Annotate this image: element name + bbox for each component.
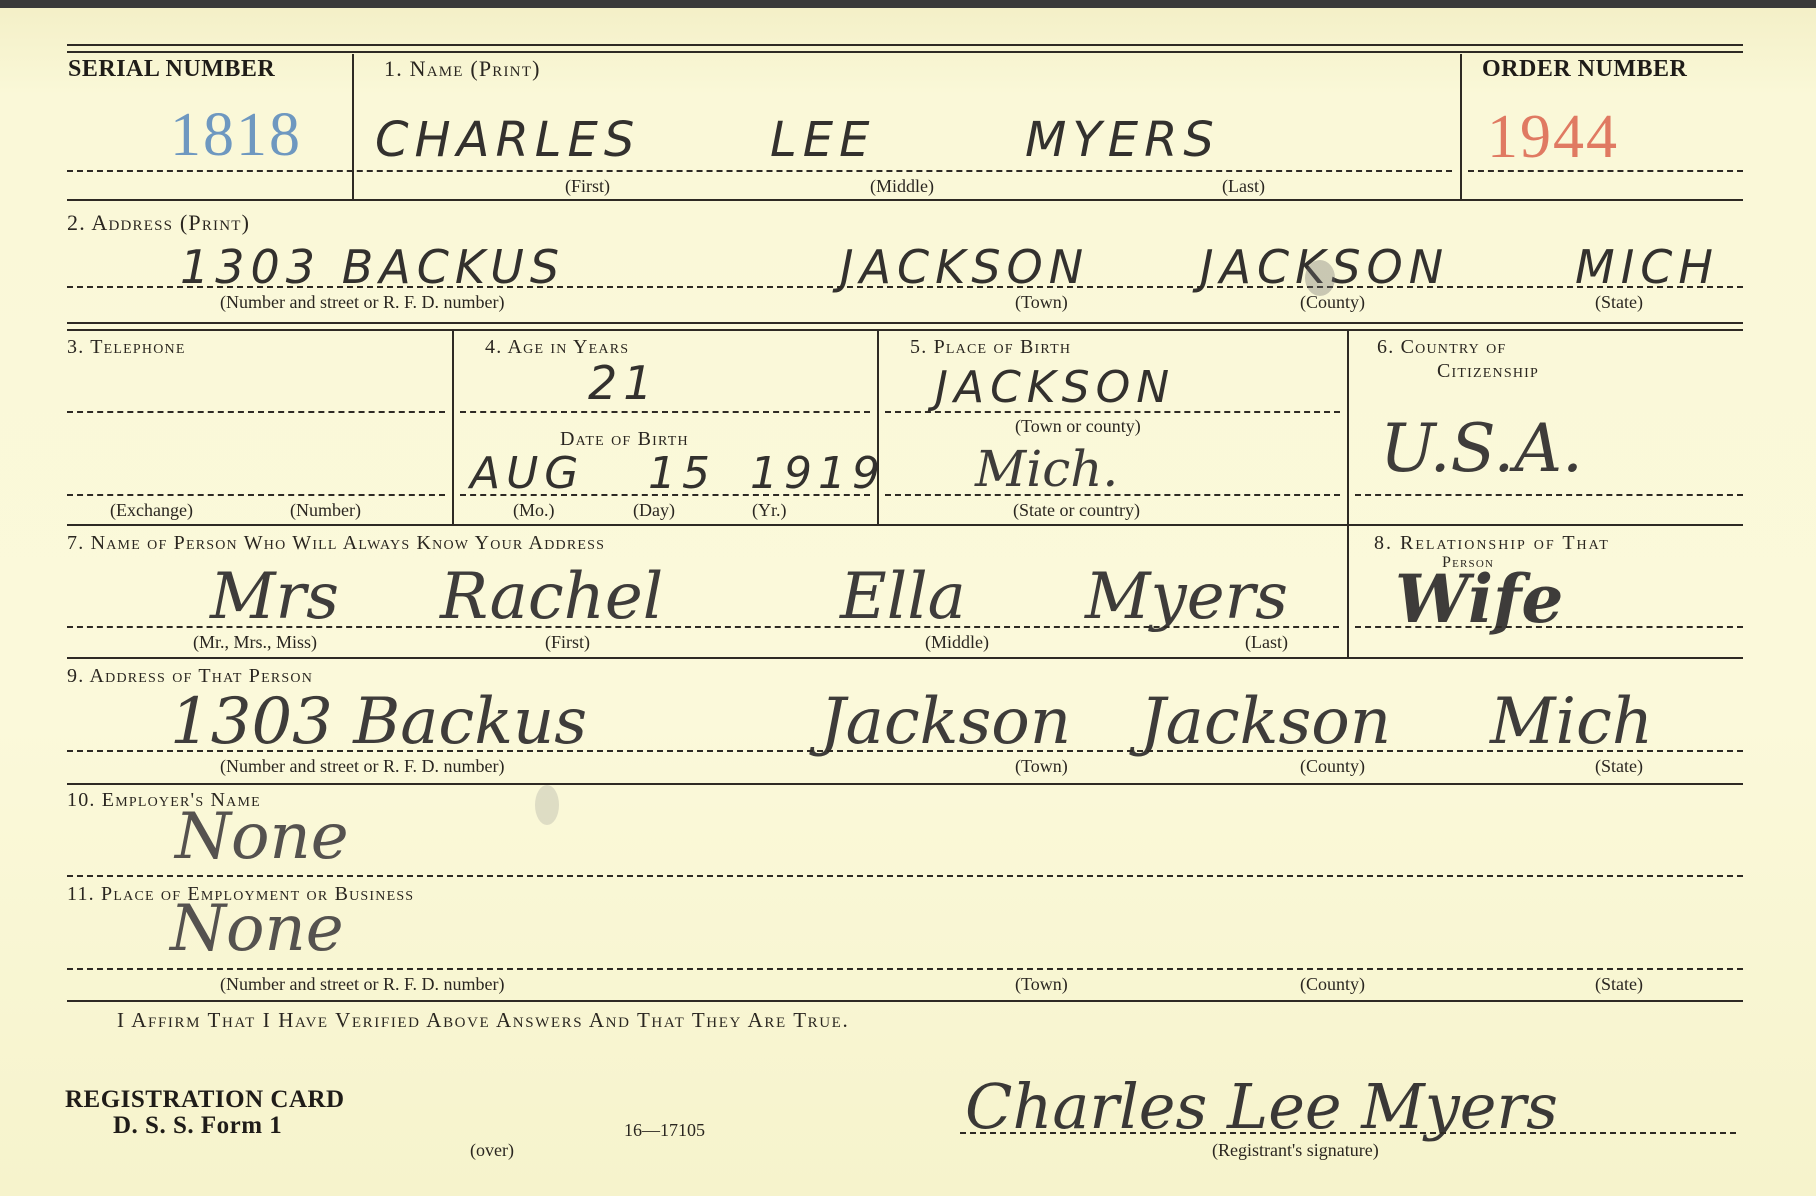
- contact-first-value: Rachel: [440, 560, 663, 634]
- birthplace-state-value: Mich.: [975, 440, 1118, 498]
- employment-town-caption: (Town): [1015, 974, 1068, 995]
- employer-line: [67, 875, 1743, 877]
- name-last-caption: (Last): [1222, 176, 1265, 197]
- telephone-divider: [452, 331, 454, 524]
- name-line: [67, 170, 1452, 172]
- contact-last-value: Myers: [1085, 560, 1288, 634]
- order-divider: [1460, 54, 1462, 199]
- birthplace-state-caption: (State or country): [1013, 500, 1140, 521]
- name-middle-caption: (Middle): [870, 176, 934, 197]
- citizenship-label-1: 6. Country of: [1377, 336, 1506, 359]
- employment-county-caption: (County): [1300, 974, 1365, 995]
- row11-rule: [67, 1000, 1743, 1002]
- ink-smudge-2: [535, 785, 559, 825]
- address-label: 2. Address (Print): [67, 210, 250, 236]
- contact-street-caption: (Number and street or R. F. D. number): [220, 756, 505, 777]
- address-street-caption: (Number and street or R. F. D. number): [220, 292, 505, 313]
- row9-rule: [67, 783, 1743, 785]
- order-number-label: ORDER NUMBER: [1482, 56, 1687, 83]
- scan-edge: [0, 0, 1816, 8]
- citizenship-line: [1355, 494, 1743, 496]
- ink-smudge: [1305, 260, 1335, 296]
- birthplace-divider: [1347, 331, 1349, 524]
- contact-town-value: Jackson: [820, 685, 1071, 759]
- contact-label: 7. Name of Person Who Will Always Know Y…: [67, 532, 605, 555]
- birthplace-label: 5. Place of Birth: [910, 336, 1071, 359]
- serial-number-label: SERIAL NUMBER: [68, 56, 275, 83]
- serial-number-value: 1818: [170, 100, 302, 171]
- contact-last-caption: (Last): [1245, 632, 1288, 653]
- dob-year-value: 1919: [750, 448, 886, 499]
- contact-title-value: Mrs: [210, 560, 339, 634]
- relationship-line: [1355, 626, 1743, 628]
- age-line: [460, 411, 870, 413]
- row1-rule: [67, 199, 1743, 201]
- registration-card: SERIAL NUMBER 1818 1. Name (Print) CHARL…: [0, 0, 1816, 1196]
- citizenship-value: U.S.A.: [1380, 410, 1583, 487]
- address-town-caption: (Town): [1015, 292, 1068, 313]
- address-state-caption: (State): [1595, 292, 1643, 313]
- relationship-label-1: 8. Relationship of That: [1374, 532, 1610, 555]
- signature-line: [960, 1132, 1736, 1134]
- row2-rule: [67, 322, 1743, 324]
- employment-place-line: [67, 968, 1743, 970]
- serial-divider: [352, 54, 354, 199]
- over-label: (over): [470, 1140, 514, 1161]
- form-id: D. S. S. Form 1: [113, 1112, 282, 1140]
- row3-rule: [67, 524, 1743, 526]
- order-line: [1468, 170, 1743, 172]
- dob-yr-caption: (Yr.): [752, 500, 787, 521]
- birthplace-town-line: [885, 411, 1340, 413]
- dob-day-value: 15: [648, 448, 716, 499]
- telephone-line-1: [67, 411, 445, 413]
- contact-state-value: Mich: [1490, 685, 1653, 759]
- telephone-label: 3. Telephone: [67, 336, 186, 359]
- contact-middle-caption: (Middle): [925, 632, 989, 653]
- employer-value: None: [175, 800, 349, 874]
- top-rule: [67, 44, 1743, 46]
- form-title: REGISTRATION CARD: [65, 1086, 345, 1114]
- name-first-caption: (First): [565, 176, 610, 197]
- name-first-value: CHARLES: [375, 112, 640, 168]
- contact-title-caption: (Mr., Mrs., Miss): [193, 632, 317, 653]
- name-label: 1. Name (Print): [384, 56, 541, 82]
- age-value: 21: [588, 356, 659, 410]
- signature-caption: (Registrant's signature): [1212, 1140, 1379, 1161]
- name-last-value: MYERS: [1025, 112, 1220, 168]
- employment-place-value: None: [170, 892, 344, 966]
- employment-state-caption: (State): [1595, 974, 1643, 995]
- address-county-caption: (County): [1300, 292, 1365, 313]
- contact-address-line: [67, 750, 1743, 752]
- contact-first-caption: (First): [545, 632, 590, 653]
- citizenship-label-2: Citizenship: [1437, 360, 1539, 383]
- birthplace-state-line: [885, 494, 1340, 496]
- telephone-number-caption: (Number): [290, 500, 361, 521]
- contact-divider: [1347, 526, 1349, 657]
- employment-street-caption: (Number and street or R. F. D. number): [220, 974, 505, 995]
- top-rule-2: [67, 51, 1743, 53]
- age-divider: [877, 331, 879, 524]
- contact-county-caption: (County): [1300, 756, 1365, 777]
- dob-line: [460, 494, 870, 496]
- birthplace-town-value: JACKSON: [935, 362, 1175, 413]
- dob-day-caption: (Day): [633, 500, 675, 521]
- address-line: [67, 286, 1743, 288]
- telephone-line-2: [67, 494, 445, 496]
- print-code: 16—17105: [624, 1120, 705, 1141]
- birthplace-town-caption: (Town or county): [1015, 416, 1141, 437]
- name-middle-value: LEE: [770, 112, 875, 168]
- dob-mo-caption: (Mo.): [513, 500, 555, 521]
- contact-line: [67, 626, 1339, 628]
- row7-rule: [67, 657, 1743, 659]
- contact-state-caption: (State): [1595, 756, 1643, 777]
- contact-middle-value: Ella: [840, 560, 966, 634]
- order-number-value: 1944: [1487, 102, 1619, 173]
- telephone-exchange-caption: (Exchange): [110, 500, 193, 521]
- row2-rule-2: [67, 329, 1743, 331]
- affirmation-text: I Affirm That I Have Verified Above Answ…: [117, 1008, 849, 1033]
- contact-town-caption: (Town): [1015, 756, 1068, 777]
- dob-month-value: AUG: [470, 448, 584, 499]
- contact-county-value: Jackson: [1140, 685, 1391, 759]
- contact-street-value: 1303 Backus: [170, 685, 587, 759]
